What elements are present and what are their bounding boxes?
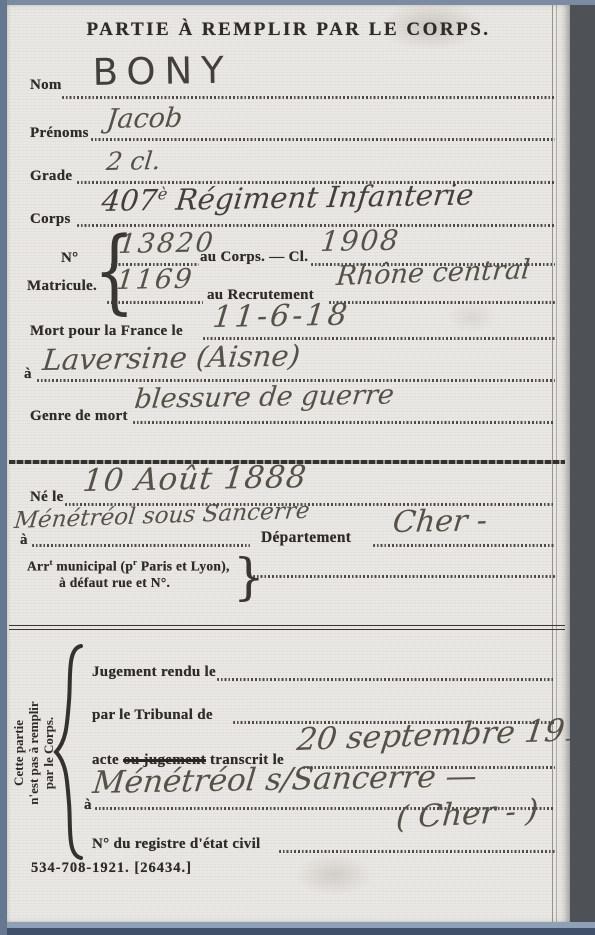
transcription-date-handwritten-value: 20 septembre 1919 [295,711,570,758]
scan-edge-left [0,0,7,935]
transcription-departement-handwritten-value: ( Cher - ) [395,793,539,836]
departement-label: Département [261,529,351,547]
arrt-part: municipal (p [53,559,133,574]
au-corps-label: au Corps. — Cl. [200,249,308,266]
dotted-leader [91,138,555,141]
dotted-leader [329,301,555,304]
matricule-label: Matricule. [27,278,97,295]
mort-date-handwritten-value: 11-6-18 [211,298,352,335]
naissance-date-handwritten-value: 10 Août 1888 [81,459,309,499]
dotted-leader [217,678,555,681]
sidebar-note-line: n'est pas à remplir [26,655,41,851]
sidebar-note-line: Cette partie [11,655,26,851]
dotted-leader [107,301,203,304]
dotted-leader [253,575,555,578]
card-right-rule [552,5,553,922]
departement-handwritten-value: Cher - [391,503,489,540]
scanned-death-record-card: PARTIE À REMPLIR PAR LE CORPS. Nom BONY … [0,0,595,935]
arrt-part: Arr [27,559,50,574]
nom-handwritten-value: BONY [92,49,233,94]
stain [279,845,389,905]
dotted-leader [373,544,555,547]
card-right-rule-2 [556,5,557,922]
recrutement-handwritten-value: Rhône central [335,254,531,292]
dotted-leader [279,850,555,853]
nom-label: Nom [30,77,62,94]
dotted-leader [32,544,250,547]
dotted-leader [62,96,555,99]
classe-handwritten-value: 1908 [319,224,402,258]
etat-civil-brace [51,643,85,861]
corps-handwritten-value: 407è Régiment Infanterie [100,178,475,218]
imprint-reference: 534-708-1921. [26434.] [31,860,192,877]
grade-handwritten-value: 2 cl. [105,146,162,176]
card-paper: PARTIE À REMPLIR PAR LE CORPS. Nom BONY … [7,5,570,922]
dotted-leader [133,421,555,424]
arrt-part: Paris et Lyon), [137,559,230,574]
mort-label: Mort pour la France le [30,323,183,340]
lieu-naissance-label: à [20,532,28,549]
naissance-label: Né le [30,489,64,506]
tribunal-label: par le Tribunal de [92,707,213,724]
genre-mort-handwritten-value: blessure de guerre [133,379,396,415]
lieu-mort-label: à [24,366,32,383]
corps-label: Corps [30,211,71,228]
numero-label: N° [61,250,78,267]
lieu-mort-handwritten-value: Laversine (Aisne) [41,339,302,377]
arrondissement-label-line2: à défaut rue et N°. [59,575,170,591]
matricule-recrutement-handwritten-value: 1169 [115,264,195,296]
prenoms-handwritten-value: Jacob [105,103,184,135]
corps-rest: Régiment Infanterie [165,178,475,217]
dotted-leader [77,224,555,227]
arrondissement-label-line1: Arrt municipal (pr Paris et Lyon), [27,558,230,575]
transcription-lieu-label: à [84,797,92,814]
corps-number: 407 [100,183,159,218]
genre-mort-label: Genre de mort [30,408,128,425]
card-title: PARTIE À REMPLIR PAR LE CORPS. [7,19,570,41]
jugement-label: Jugement rendu le [92,664,216,681]
grade-label: Grade [30,168,72,185]
prenoms-label: Prénoms [30,125,89,142]
registre-label: N° du registre d'état civil [92,836,261,853]
transcription-lieu-handwritten-value: Ménétréol s/Sancerre — [91,758,479,801]
section-divider [9,625,565,630]
scan-edge-bottom-dark [0,928,595,935]
